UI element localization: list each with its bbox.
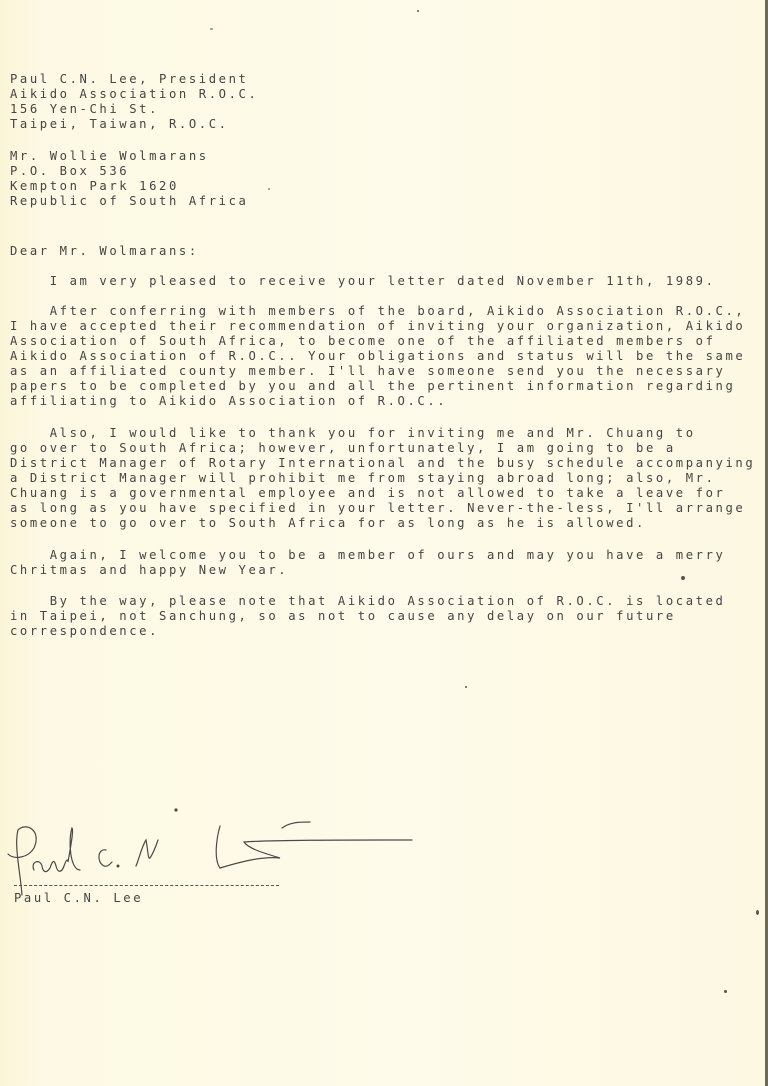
paragraph-2: After conferring with members of the boa… xyxy=(10,304,745,409)
paragraph-line: I am very pleased to receive your letter… xyxy=(10,274,716,289)
paragraph-line: By the way, please note that Aikido Asso… xyxy=(10,594,726,609)
paragraph-4: Again, I welcome you to be a member of o… xyxy=(10,548,726,578)
paragraph-line: Chritmas and happy New Year. xyxy=(10,563,726,578)
sender-line: 156 Yen-Chi St. xyxy=(10,102,258,117)
paragraph-line: a District Manager will prohibit me from… xyxy=(10,471,755,486)
paragraph-line: as long as you have specified in your le… xyxy=(10,501,755,516)
recipient-address: Mr. Wollie Wolmarans P.O. Box 536 Kempto… xyxy=(10,149,249,209)
paragraph-line: Also, I would like to thank you for invi… xyxy=(10,426,755,441)
typed-signature-name: Paul C.N. Lee xyxy=(14,891,143,906)
paragraph-line: someone to go over to South Africa for a… xyxy=(10,516,755,531)
paragraph-line: papers to be completed by you and all th… xyxy=(10,379,745,394)
salutation: Dear Mr. Wolmarans: xyxy=(10,244,199,259)
paper-speck xyxy=(465,686,467,688)
sender-address: Paul C.N. Lee, President Aikido Associat… xyxy=(10,72,258,132)
paragraph-1: I am very pleased to receive your letter… xyxy=(10,274,716,289)
paragraph-line: affiliating to Aikido Association of R.O… xyxy=(10,394,745,409)
paragraph-line: Chuang is a governmental employee and is… xyxy=(10,486,755,501)
paragraph-line: as an affiliated county member. I'll hav… xyxy=(10,364,745,379)
recipient-line: Kempton Park 1620 xyxy=(10,179,249,194)
recipient-line: P.O. Box 536 xyxy=(10,164,249,179)
paragraph-line: Association of South Africa, to become o… xyxy=(10,334,745,349)
sender-line: Paul C.N. Lee, President xyxy=(10,72,258,87)
sender-line: Aikido Association R.O.C. xyxy=(10,87,258,102)
paragraph-5: By the way, please note that Aikido Asso… xyxy=(10,594,726,639)
paragraph-line: Aikido Association of R.O.C.. Your oblig… xyxy=(10,349,745,364)
paper-speck xyxy=(417,10,419,12)
paragraph-line: After conferring with members of the boa… xyxy=(10,304,745,319)
recipient-line: Republic of South Africa xyxy=(10,194,249,209)
paragraph-line: in Taipei, not Sanchung, so as not to ca… xyxy=(10,609,726,624)
paper-speck xyxy=(268,188,270,190)
paper-speck xyxy=(756,910,759,915)
paper-speck xyxy=(210,28,213,30)
recipient-line: Mr. Wollie Wolmarans xyxy=(10,149,249,164)
paper-speck xyxy=(724,990,727,993)
paragraph-line: Again, I welcome you to be a member of o… xyxy=(10,548,726,563)
paragraph-3: Also, I would like to thank you for invi… xyxy=(10,426,755,531)
paragraph-line: District Manager of Rotary International… xyxy=(10,456,755,471)
paragraph-line: go over to South Africa; however, unfort… xyxy=(10,441,755,456)
paragraph-line: I have accepted their recommendation of … xyxy=(10,319,745,334)
paragraph-line: correspondence. xyxy=(10,624,726,639)
sender-line: Taipei, Taiwan, R.O.C. xyxy=(10,117,258,132)
signature-line xyxy=(14,885,279,886)
paper-speck xyxy=(681,576,685,580)
